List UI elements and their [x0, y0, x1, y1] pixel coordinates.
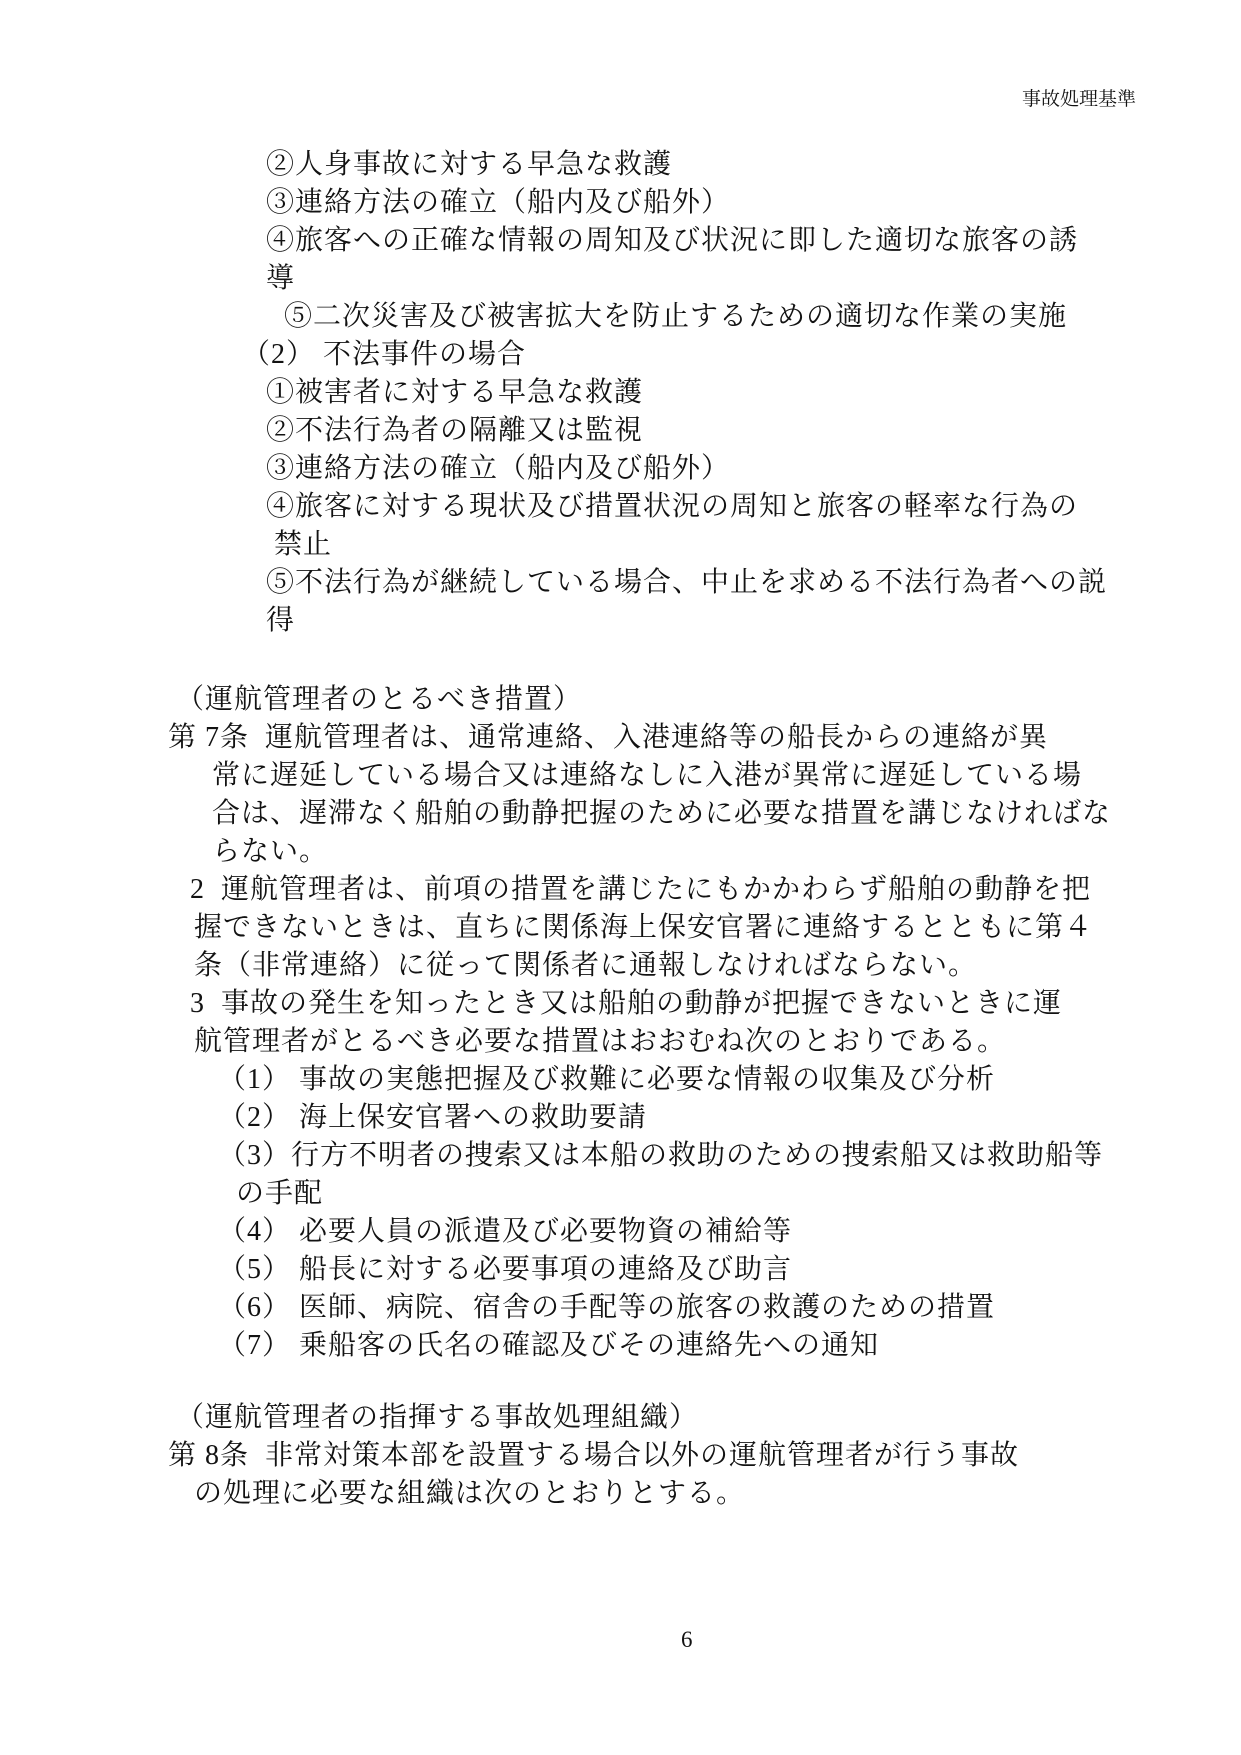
- text-line: ②人身事故に対する早急な救護: [266, 151, 672, 179]
- text-line: （2） 海上保安官署への救助要請: [218, 1104, 647, 1132]
- text-line: （4） 必要人員の派遣及び必要物資の補給等: [218, 1218, 792, 1246]
- text-line: （1） 事故の実態把握及び救難に必要な情報の収集及び分析: [218, 1066, 995, 1094]
- text-line: ⑤二次災害及び被害拡大を防止するための適切な作業の実施: [284, 303, 1067, 331]
- text-line: の手配: [236, 1180, 323, 1208]
- text-line: ⑤不法行為が継続している場合、中止を求める不法行為者への説: [266, 569, 1107, 597]
- page-number: 6: [681, 1627, 693, 1653]
- text-line: 第 8条 非常対策本部を設置する場合以外の運航管理者が行う事故: [168, 1442, 1019, 1470]
- text-line: 合は、遅滞なく船舶の動静把握のために必要な措置を講じなければな: [212, 800, 1111, 828]
- text-line: ①被害者に対する早急な救護: [266, 379, 643, 407]
- text-line: ②不法行為者の隔離又は監視: [266, 417, 643, 445]
- text-line: （6） 医師、病院、宿舎の手配等の旅客の救護のための措置: [218, 1294, 995, 1322]
- text-line: の処理に必要な組織は次のとおりとする。: [194, 1480, 745, 1508]
- text-line: （3）行方不明者の捜索又は本船の救助のための捜索船又は救助船等: [218, 1142, 1103, 1170]
- text-line: らない。: [212, 838, 328, 866]
- text-line: 握できないときは、直ちに関係海上保安官署に連絡するとともに第４: [194, 914, 1093, 942]
- text-line: （2） 不法事件の場合: [242, 341, 526, 369]
- text-line: 2 運航管理者は、前項の措置を講じたにもかかわらず船舶の動静を把: [190, 876, 1091, 904]
- text-line: 第 7条 運航管理者は、通常連絡、入港連絡等の船長からの連絡が異: [168, 724, 1048, 752]
- text-line: ③連絡方法の確立（船内及び船外）: [266, 455, 730, 483]
- document-body: ②人身事故に対する早急な救護③連絡方法の確立（船内及び船外）④旅客への正確な情報…: [0, 0, 1241, 1755]
- text-line: （運航管理者の指揮する事故処理組織）: [176, 1404, 698, 1432]
- text-line: 3 事故の発生を知ったとき又は船舶の動静が把握できないときに運: [190, 990, 1062, 1018]
- text-line: （7） 乗船客の氏名の確認及びその連絡先への通知: [218, 1332, 879, 1360]
- text-line: 導: [266, 265, 295, 293]
- text-line: 常に遅延している場合又は連絡なしに入港が異常に遅延している場: [212, 762, 1082, 790]
- document-page: 事故処理基準 ②人身事故に対する早急な救護③連絡方法の確立（船内及び船外）④旅客…: [0, 0, 1241, 1755]
- text-line: 禁止: [274, 531, 332, 559]
- text-line: ③連絡方法の確立（船内及び船外）: [266, 189, 730, 217]
- text-line: 条（非常連絡）に従って関係者に通報しなければならない。: [194, 952, 977, 980]
- text-line: ④旅客への正確な情報の周知及び状況に即した適切な旅客の誘: [266, 227, 1078, 255]
- text-line: ④旅客に対する現状及び措置状況の周知と旅客の軽率な行為の: [266, 493, 1078, 521]
- text-line: 得: [266, 607, 295, 635]
- text-line: 航管理者がとるべき必要な措置はおおむね次のとおりである。: [194, 1028, 1006, 1056]
- text-line: （5） 船長に対する必要事項の連絡及び助言: [218, 1256, 792, 1284]
- text-line: （運航管理者のとるべき措置）: [176, 686, 582, 714]
